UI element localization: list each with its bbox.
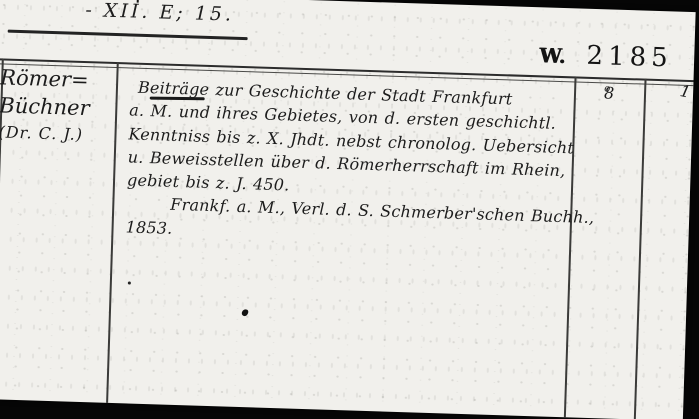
format-suffix: o bbox=[604, 83, 610, 94]
title-underline-smudge bbox=[150, 96, 205, 100]
ink-speck bbox=[241, 308, 249, 317]
catalog-card: - XII. E; 15. W. 2185 Römer= Büchner (Dr… bbox=[0, 0, 696, 419]
stray-pen-mark bbox=[137, 0, 139, 2]
accession-number: W. 2185 bbox=[539, 39, 673, 73]
shelfmark-underline bbox=[8, 29, 248, 39]
entry-text: Beiträge zur Geschichte der Stadt Frankf… bbox=[125, 75, 580, 252]
ink-speck bbox=[128, 281, 131, 284]
author-initials: (Dr. C. J.) bbox=[0, 119, 112, 149]
copy-column-rule bbox=[634, 78, 646, 419]
author-heading: Römer= Büchner (Dr. C. J.) bbox=[0, 63, 114, 149]
accession-prefix: W. bbox=[539, 43, 566, 68]
shelfmark: - XII. E; 15. bbox=[85, 0, 234, 25]
accession-value: 2185 bbox=[586, 40, 673, 73]
author-line: Büchner bbox=[0, 91, 113, 123]
author-line: Römer= bbox=[0, 63, 114, 95]
